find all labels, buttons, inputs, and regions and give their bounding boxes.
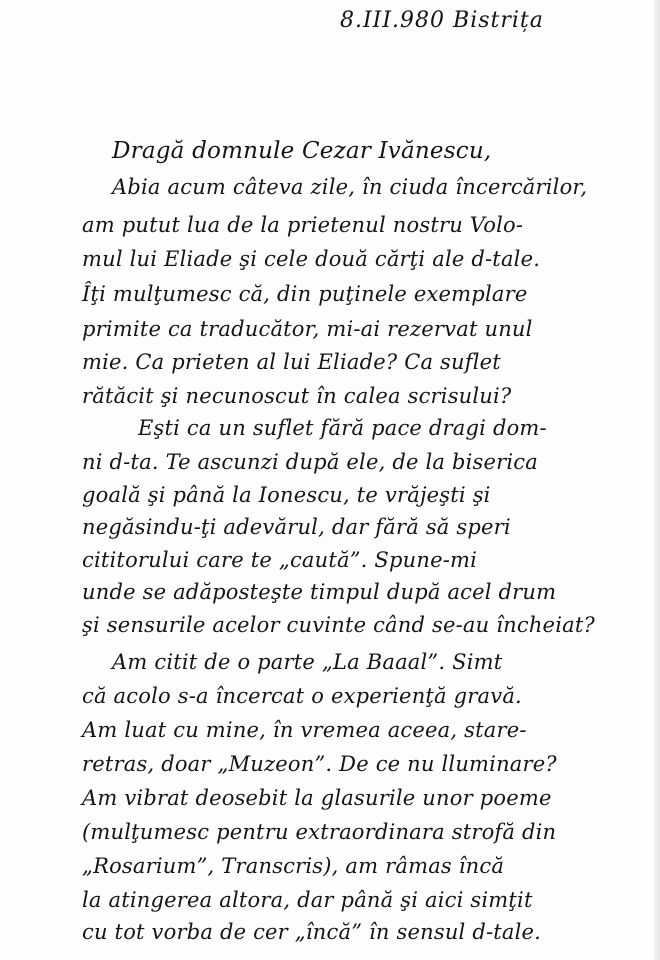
letter-line: „Rosarium”, Transcris), am râmas încă [82,854,504,878]
letter-salutation: Dragă domnule Cezar Ivănescu, [112,138,491,164]
letter-line: Am luat cu mine, în vremea aceea, stare- [82,718,527,742]
letter-line: Am vibrat deosebit la glasurile unor poe… [82,786,552,810]
letter-line: am putut lua de la prietenul nostru Volo… [82,213,523,237]
letter-line: rătăcit şi necunoscut în calea scrisului… [82,384,511,408]
letter-line: Abia acum câteva zile, în ciuda încercăr… [112,175,587,199]
letter-line: ni d-ta. Te ascunzi după ele, de la bise… [82,450,538,474]
page-edge [654,0,660,960]
letter-line: primite ca traducător, mi-ai rezervat un… [82,317,533,341]
letter-line: cititorului care te „caută”. Spune-mi [82,548,477,572]
letter-line: mul lui Eliade şi cele două cărţi ale d-… [82,247,540,271]
letter-dateline: 8.III.980 Bistrița [340,8,544,33]
letter-line: că acolo s-a încercat o experienţă gravă… [82,684,522,708]
letter-line: retras, doar „Muzeon”. De ce nu lluminar… [82,752,557,776]
letter-line: Eşti ca un suflet fără pace dragi dom- [138,416,547,440]
letter-line: Am citit de o parte „La Baaal”. Simt [112,650,502,674]
letter-line: unde se adăposteşte timpul după acel dru… [82,580,556,604]
letter-line: cu tot vorba de cer „încă” în sensul d-t… [82,920,541,944]
letter-line: goală şi până la Ionescu, te vrăjeşti şi [82,483,491,507]
letter-line: Îţi mulţumesc că, din puţinele exemplare [82,282,527,306]
letter-line: mie. Ca prieten al lui Eliade? Ca suflet [82,350,501,374]
letter-line: negăsindu-ţi adevărul, dar fără să speri [82,515,511,539]
letter-line: la atingerea altora, dar până şi aici si… [82,888,533,912]
letter-page: 8.III.980 Bistrița Dragă domnule Cezar I… [0,0,660,960]
letter-line: şi sensurile acelor cuvinte când se-au î… [82,613,595,637]
letter-line: (mulţumesc pentru extraordinara strofă d… [82,820,556,844]
